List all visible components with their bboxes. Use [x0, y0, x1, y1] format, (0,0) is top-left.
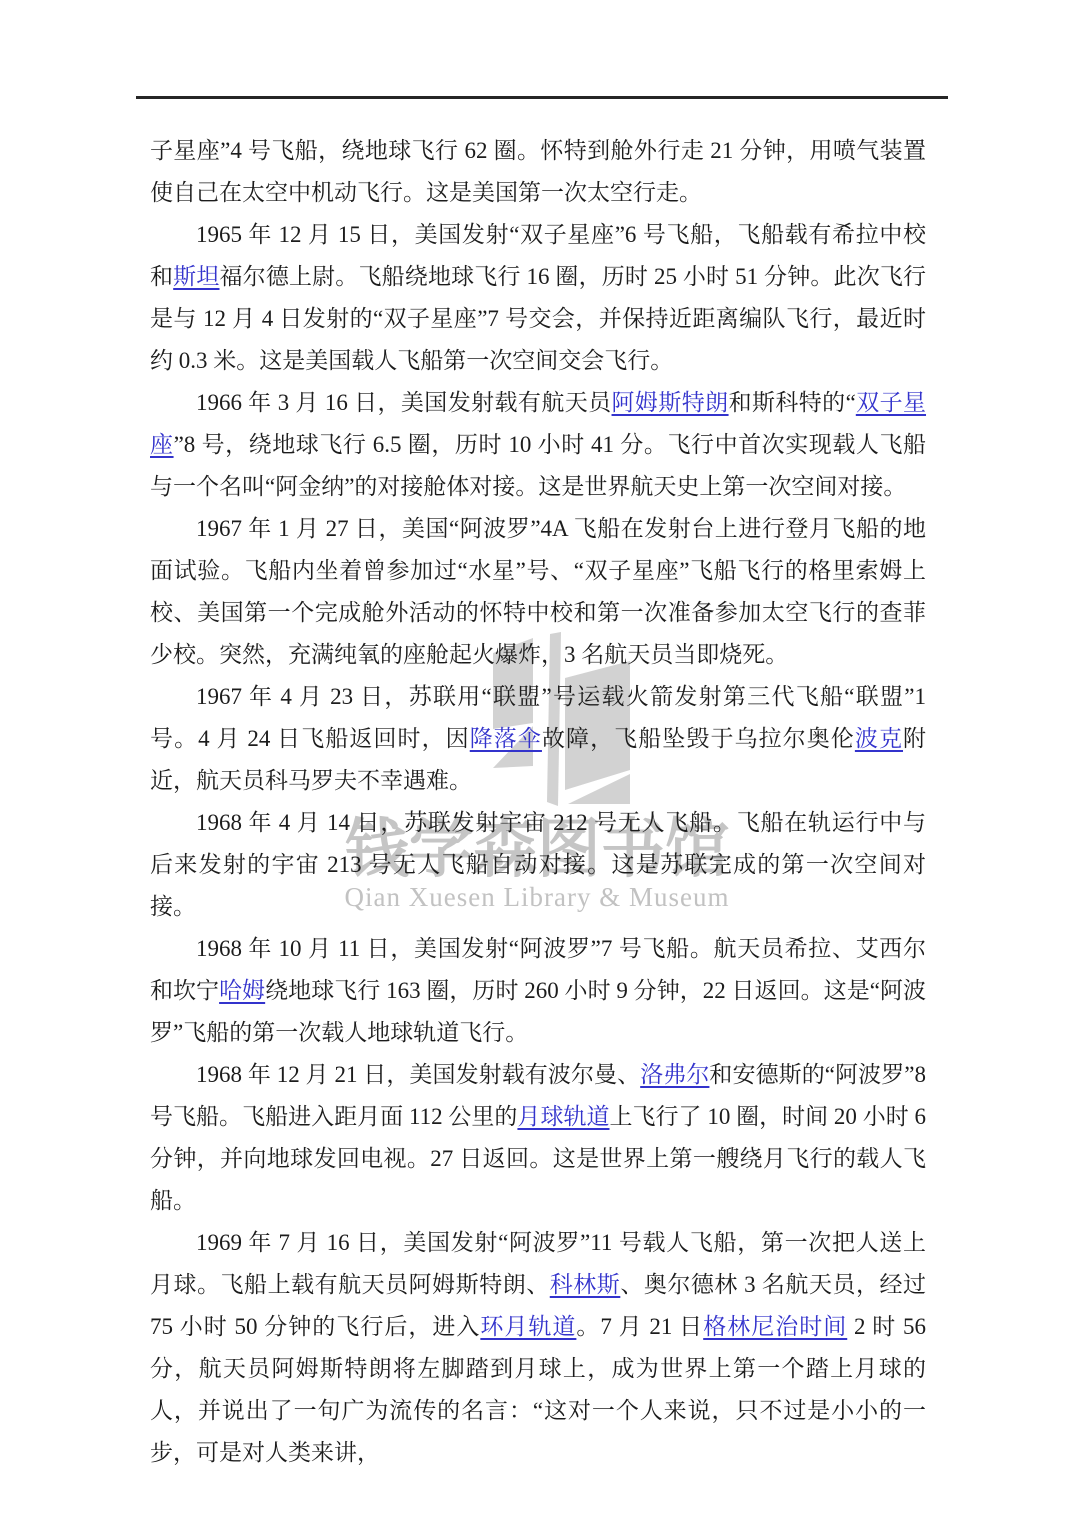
link-greenwich-time[interactable]: 格林尼治时间 [703, 1314, 847, 1339]
paragraph-apollo11: 1969 年 7 月 16 日，美国发射“阿波罗”11 号载人飞船，第一次把人送… [150, 1222, 926, 1474]
paragraph-text: 1968 年 4 月 14 日，苏联发射宇宙 212 号无人飞船。飞船在轨运行中… [150, 810, 926, 919]
paragraph-apollo8: 1968 年 12 月 21 日，美国发射载有波尔曼、洛弗尔和安德斯的“阿波罗”… [150, 1054, 926, 1222]
paragraph-soyuz1: 1967 年 4 月 23 日，苏联用“联盟”号运载火箭发射第三代飞船“联盟”1… [150, 676, 926, 802]
paragraph-apollo7: 1968 年 10 月 11 日，美国发射“阿波罗”7 号飞船。航天员希拉、艾西… [150, 928, 926, 1054]
paragraph-text: 1967 年 1 月 27 日，美国“阿波罗”4A 飞船在发射台上进行登月飞船的… [150, 516, 926, 667]
paragraph-text: 和斯科特的“ [729, 390, 856, 415]
link-stan[interactable]: 斯坦 [173, 264, 219, 289]
paragraph-apollo4a-fire: 1967 年 1 月 27 日，美国“阿波罗”4A 飞船在发射台上进行登月飞船的… [150, 508, 926, 676]
link-orenburg-pok[interactable]: 波克 [855, 726, 903, 751]
header-rule [136, 96, 948, 99]
paragraph-text: 绕地球飞行 163 圈，历时 260 小时 9 分钟，22 日返回。这是“阿波罗… [150, 978, 926, 1045]
paragraph-gemini4-continuation: 子星座”4 号飞船，绕地球飞行 62 圈。怀特到舱外行走 21 分钟，用喷气装置… [150, 130, 926, 214]
paragraph-gemini8: 1966 年 3 月 16 日，美国发射载有航天员阿姆斯特朗和斯科特的“双子星座… [150, 382, 926, 508]
paragraph-text: 子星座”4 号飞船，绕地球飞行 62 圈。怀特到舱外行走 21 分钟，用喷气装置… [150, 138, 926, 205]
link-ham[interactable]: 哈姆 [219, 978, 265, 1003]
paragraph-gemini6: 1965 年 12 月 15 日，美国发射“双子星座”6 号飞船，飞船载有希拉中… [150, 214, 926, 382]
document-page: 钱学森图书馆 Qian Xuesen Library & Museum 子星座”… [0, 0, 1074, 1520]
paragraph-text: 。7 月 21 日 [576, 1314, 703, 1339]
link-collins[interactable]: 科林斯 [550, 1272, 621, 1297]
document-body: 子星座”4 号飞船，绕地球飞行 62 圈。怀特到舱外行走 21 分钟，用喷气装置… [150, 130, 926, 1474]
link-lunar-orbit[interactable]: 月球轨道 [517, 1104, 609, 1129]
paragraph-text: 1966 年 3 月 16 日，美国发射载有航天员 [196, 390, 612, 415]
paragraph-text: ”8 号，绕地球飞行 6.5 圈，历时 10 小时 41 分。飞行中首次实现载人… [150, 432, 926, 499]
link-lovell[interactable]: 洛弗尔 [640, 1062, 709, 1087]
paragraph-text: 1968 年 12 月 21 日，美国发射载有波尔曼、 [196, 1062, 640, 1087]
paragraph-text: 故障，飞船坠毁于乌拉尔奥伦 [542, 726, 855, 751]
link-parachute[interactable]: 降落伞 [470, 726, 542, 751]
paragraph-cosmos212: 1968 年 4 月 14 日，苏联发射宇宙 212 号无人飞船。飞船在轨运行中… [150, 802, 926, 928]
paragraph-text: 福尔德上尉。飞船绕地球飞行 16 圈，历时 25 小时 51 分钟。此次飞行是与… [150, 264, 926, 373]
link-circumlunar-orbit[interactable]: 环月轨道 [480, 1314, 576, 1339]
link-armstrong[interactable]: 阿姆斯特朗 [612, 390, 729, 415]
